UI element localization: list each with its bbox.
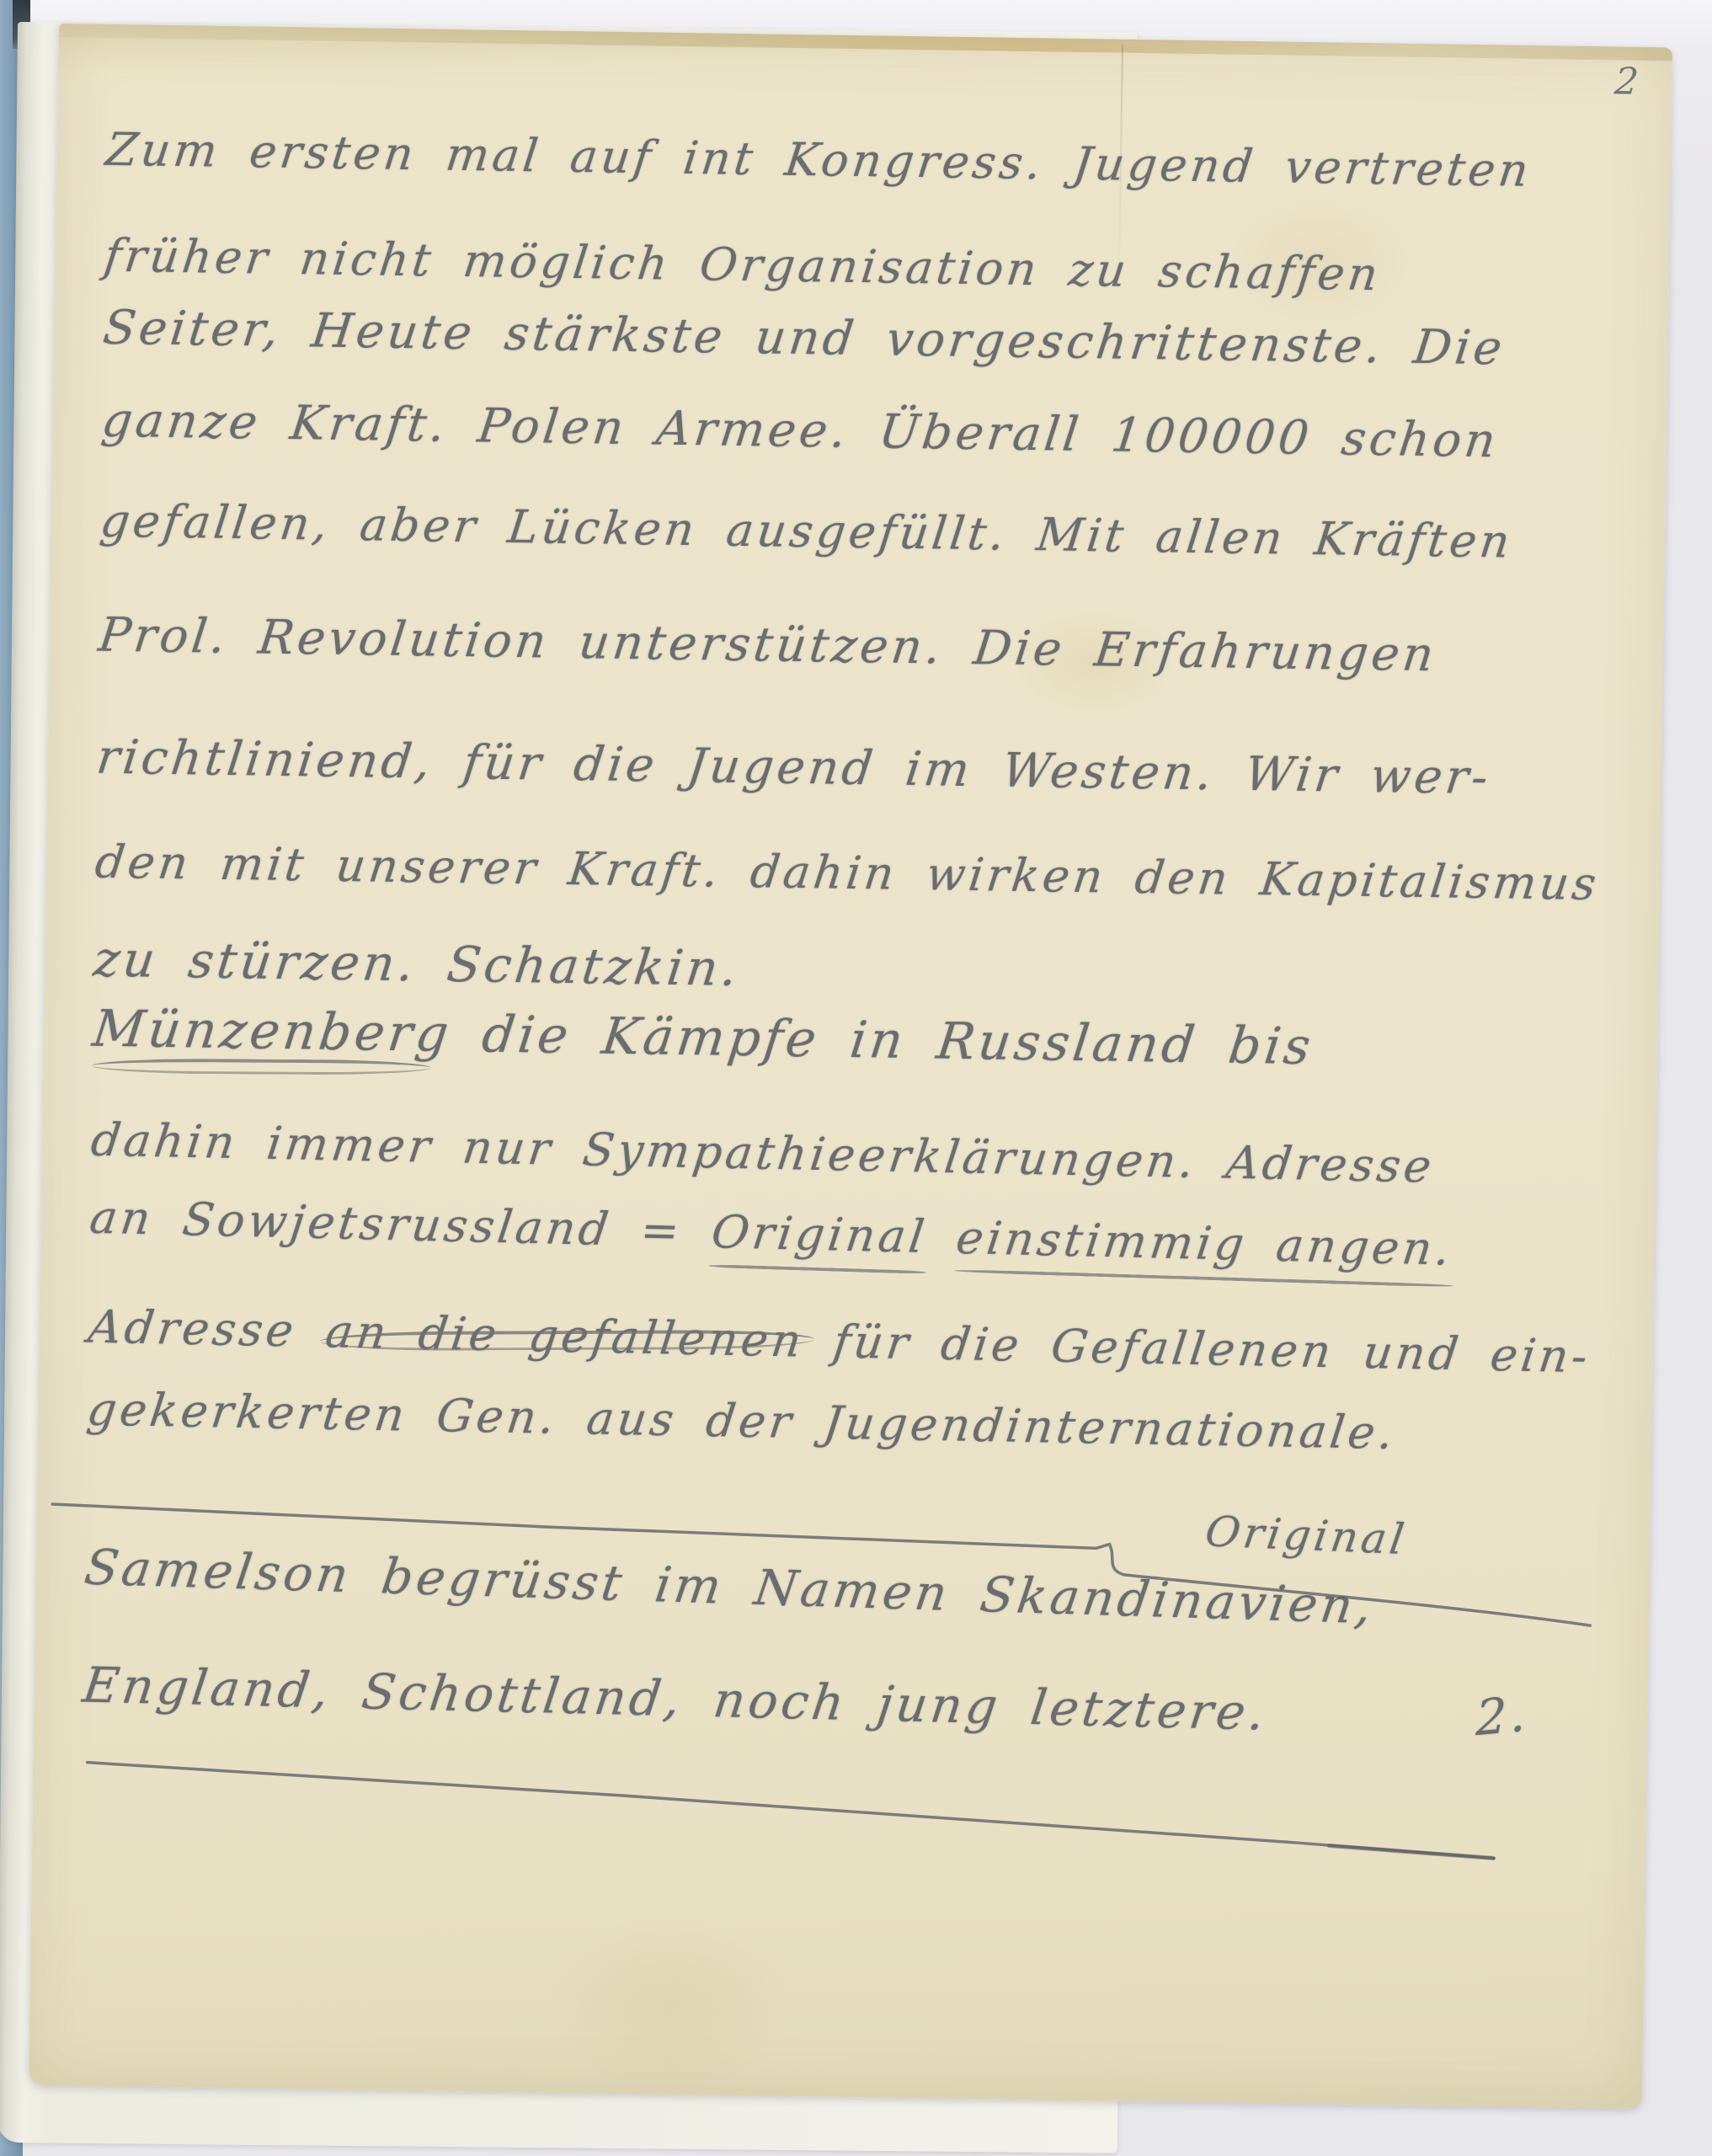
pencil-divider-line-2-end xyxy=(1329,1846,1493,1859)
handwriting-text: 2. xyxy=(1475,1684,1529,1747)
handwriting-text: Adresse xyxy=(85,1300,329,1358)
pencil-divider-line-2 xyxy=(86,1763,1495,1859)
underlined-text: Original xyxy=(708,1205,930,1263)
handwriting-text: zu stürzen. Schatzkin. xyxy=(91,931,744,997)
manuscript-line: Original xyxy=(1203,1510,1410,1561)
scan-background: 2 Zum ersten mal auf int Kongress. Jugen… xyxy=(0,0,1712,2156)
page-number: 2 xyxy=(1613,60,1640,103)
handwriting-text: Original xyxy=(1203,1507,1411,1563)
manuscript-page: 2 Zum ersten mal auf int Kongress. Jugen… xyxy=(29,24,1672,2109)
struck-through-text: an die gefallenen xyxy=(323,1305,808,1367)
manuscript-line: 2. xyxy=(1475,1689,1529,1742)
underlined-text: Münzenberg xyxy=(89,1000,455,1064)
manuscript-line: zu stürzen. Schatzkin. xyxy=(91,935,743,993)
